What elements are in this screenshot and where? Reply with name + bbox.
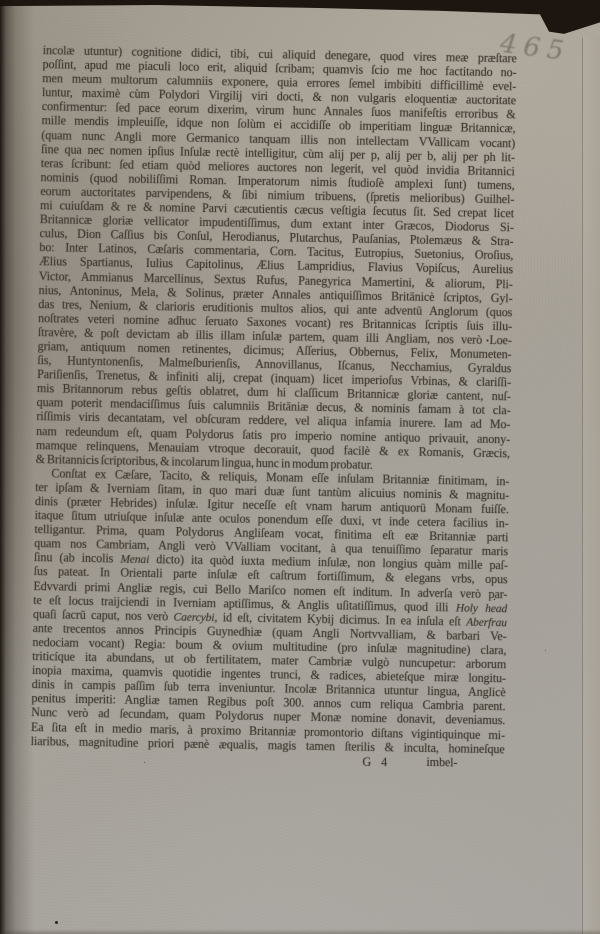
book-photo: 465 incolæ utuntur) cognitione didici, t… bbox=[0, 0, 600, 934]
gutter-shadow bbox=[0, 0, 34, 934]
ink-specks bbox=[55, 921, 58, 924]
text-block: incolæ utuntur) cognitione didici, tibi,… bbox=[30, 43, 517, 773]
catchword: imbel- bbox=[426, 755, 457, 770]
bottom-edge-shadow bbox=[0, 929, 600, 934]
signature-mark: G 4 bbox=[362, 754, 388, 769]
underlying-page-edge bbox=[582, 38, 600, 934]
